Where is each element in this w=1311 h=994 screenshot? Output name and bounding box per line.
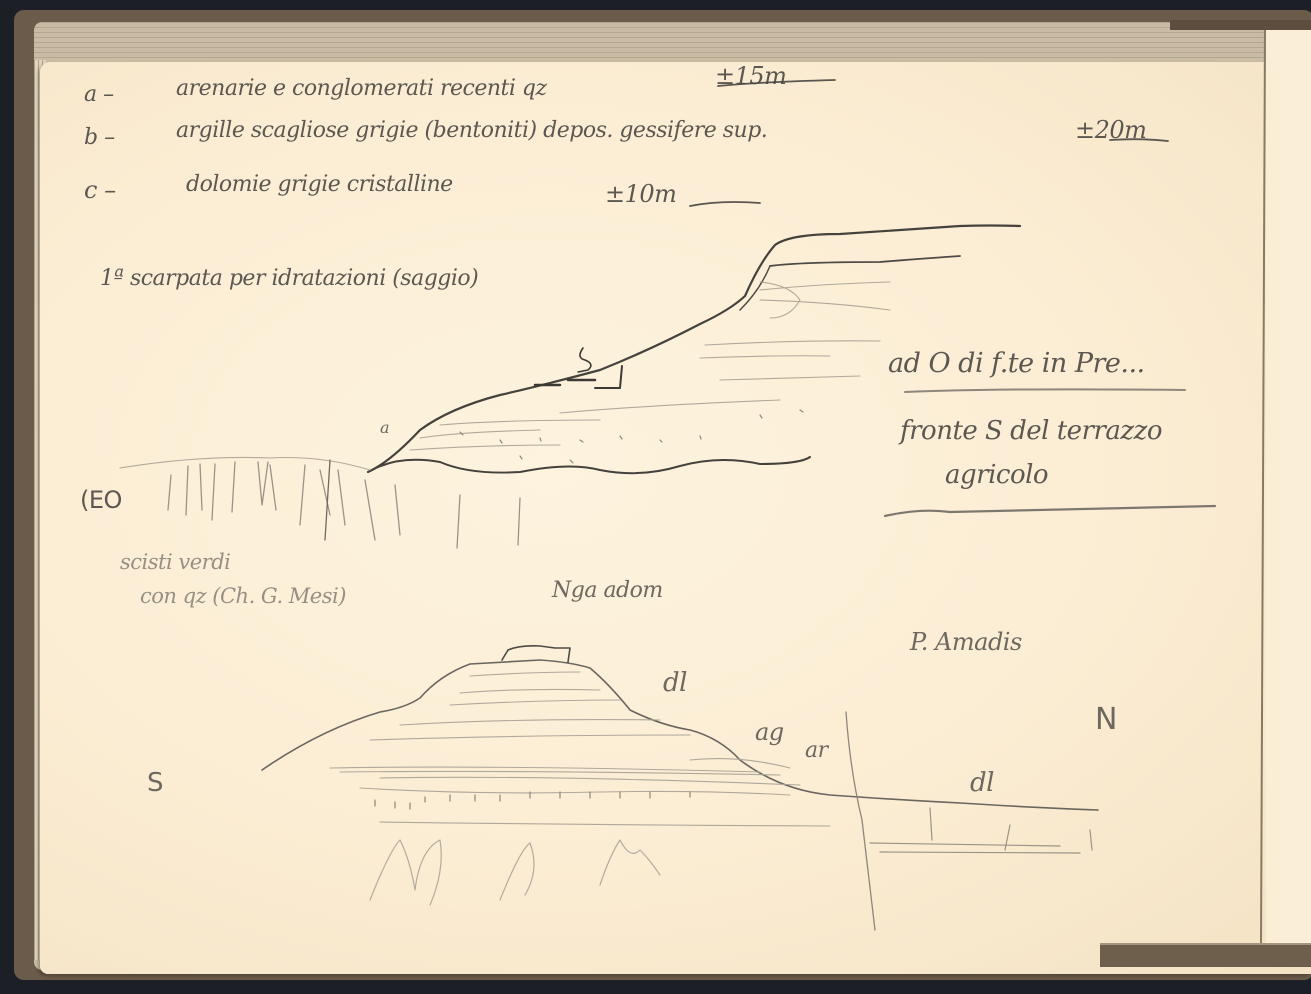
caption-line-2: fronte S del terrazzo [900,416,1162,446]
label-ag: ag [755,718,784,746]
legend-thickness-c: ±10m [605,180,676,208]
caption-line-1: ad O di f.te in Pre... [888,348,1145,379]
legend-thickness-b: ±20m [1075,116,1146,144]
legend-text-b: argille scagliose grigie (bentoniti) dep… [176,118,767,143]
label-dl-2: dl [970,768,994,798]
page-top-strip [1170,20,1311,30]
notebook-scan: a – arenarie e conglomerati recenti qz ±… [0,0,1311,994]
label-eo: (EO [80,486,122,514]
right-page-edge [1266,30,1311,950]
legend-key-a: a – [84,82,114,107]
label-schist-2: con qz (Ch. G. Mesi) [140,584,346,608]
legend-key-c: c – [84,176,116,204]
note-top: 1ª scarpata per idratazioni (saggio) [100,266,478,291]
legend-text-c: dolomie grigie cristalline [186,172,453,197]
lower-section-right-title: P. Amadis [910,628,1022,656]
label-dl-1: dl [663,668,687,698]
caption-line-3: agricolo [945,460,1048,490]
label-ar: ar [805,738,828,763]
legend-text-a: arenarie e conglomerati recenti qz [176,76,547,101]
label-a: a [380,418,389,437]
label-schist-1: scisti verdi [120,550,230,574]
legend-key-b: b – [84,125,115,150]
lower-section-title: Nga adom [552,578,663,603]
bottom-cover-edge [1100,945,1311,967]
legend-thickness-a: ±15m [715,62,786,90]
label-north: N [1095,702,1117,737]
label-south: S [147,768,163,798]
